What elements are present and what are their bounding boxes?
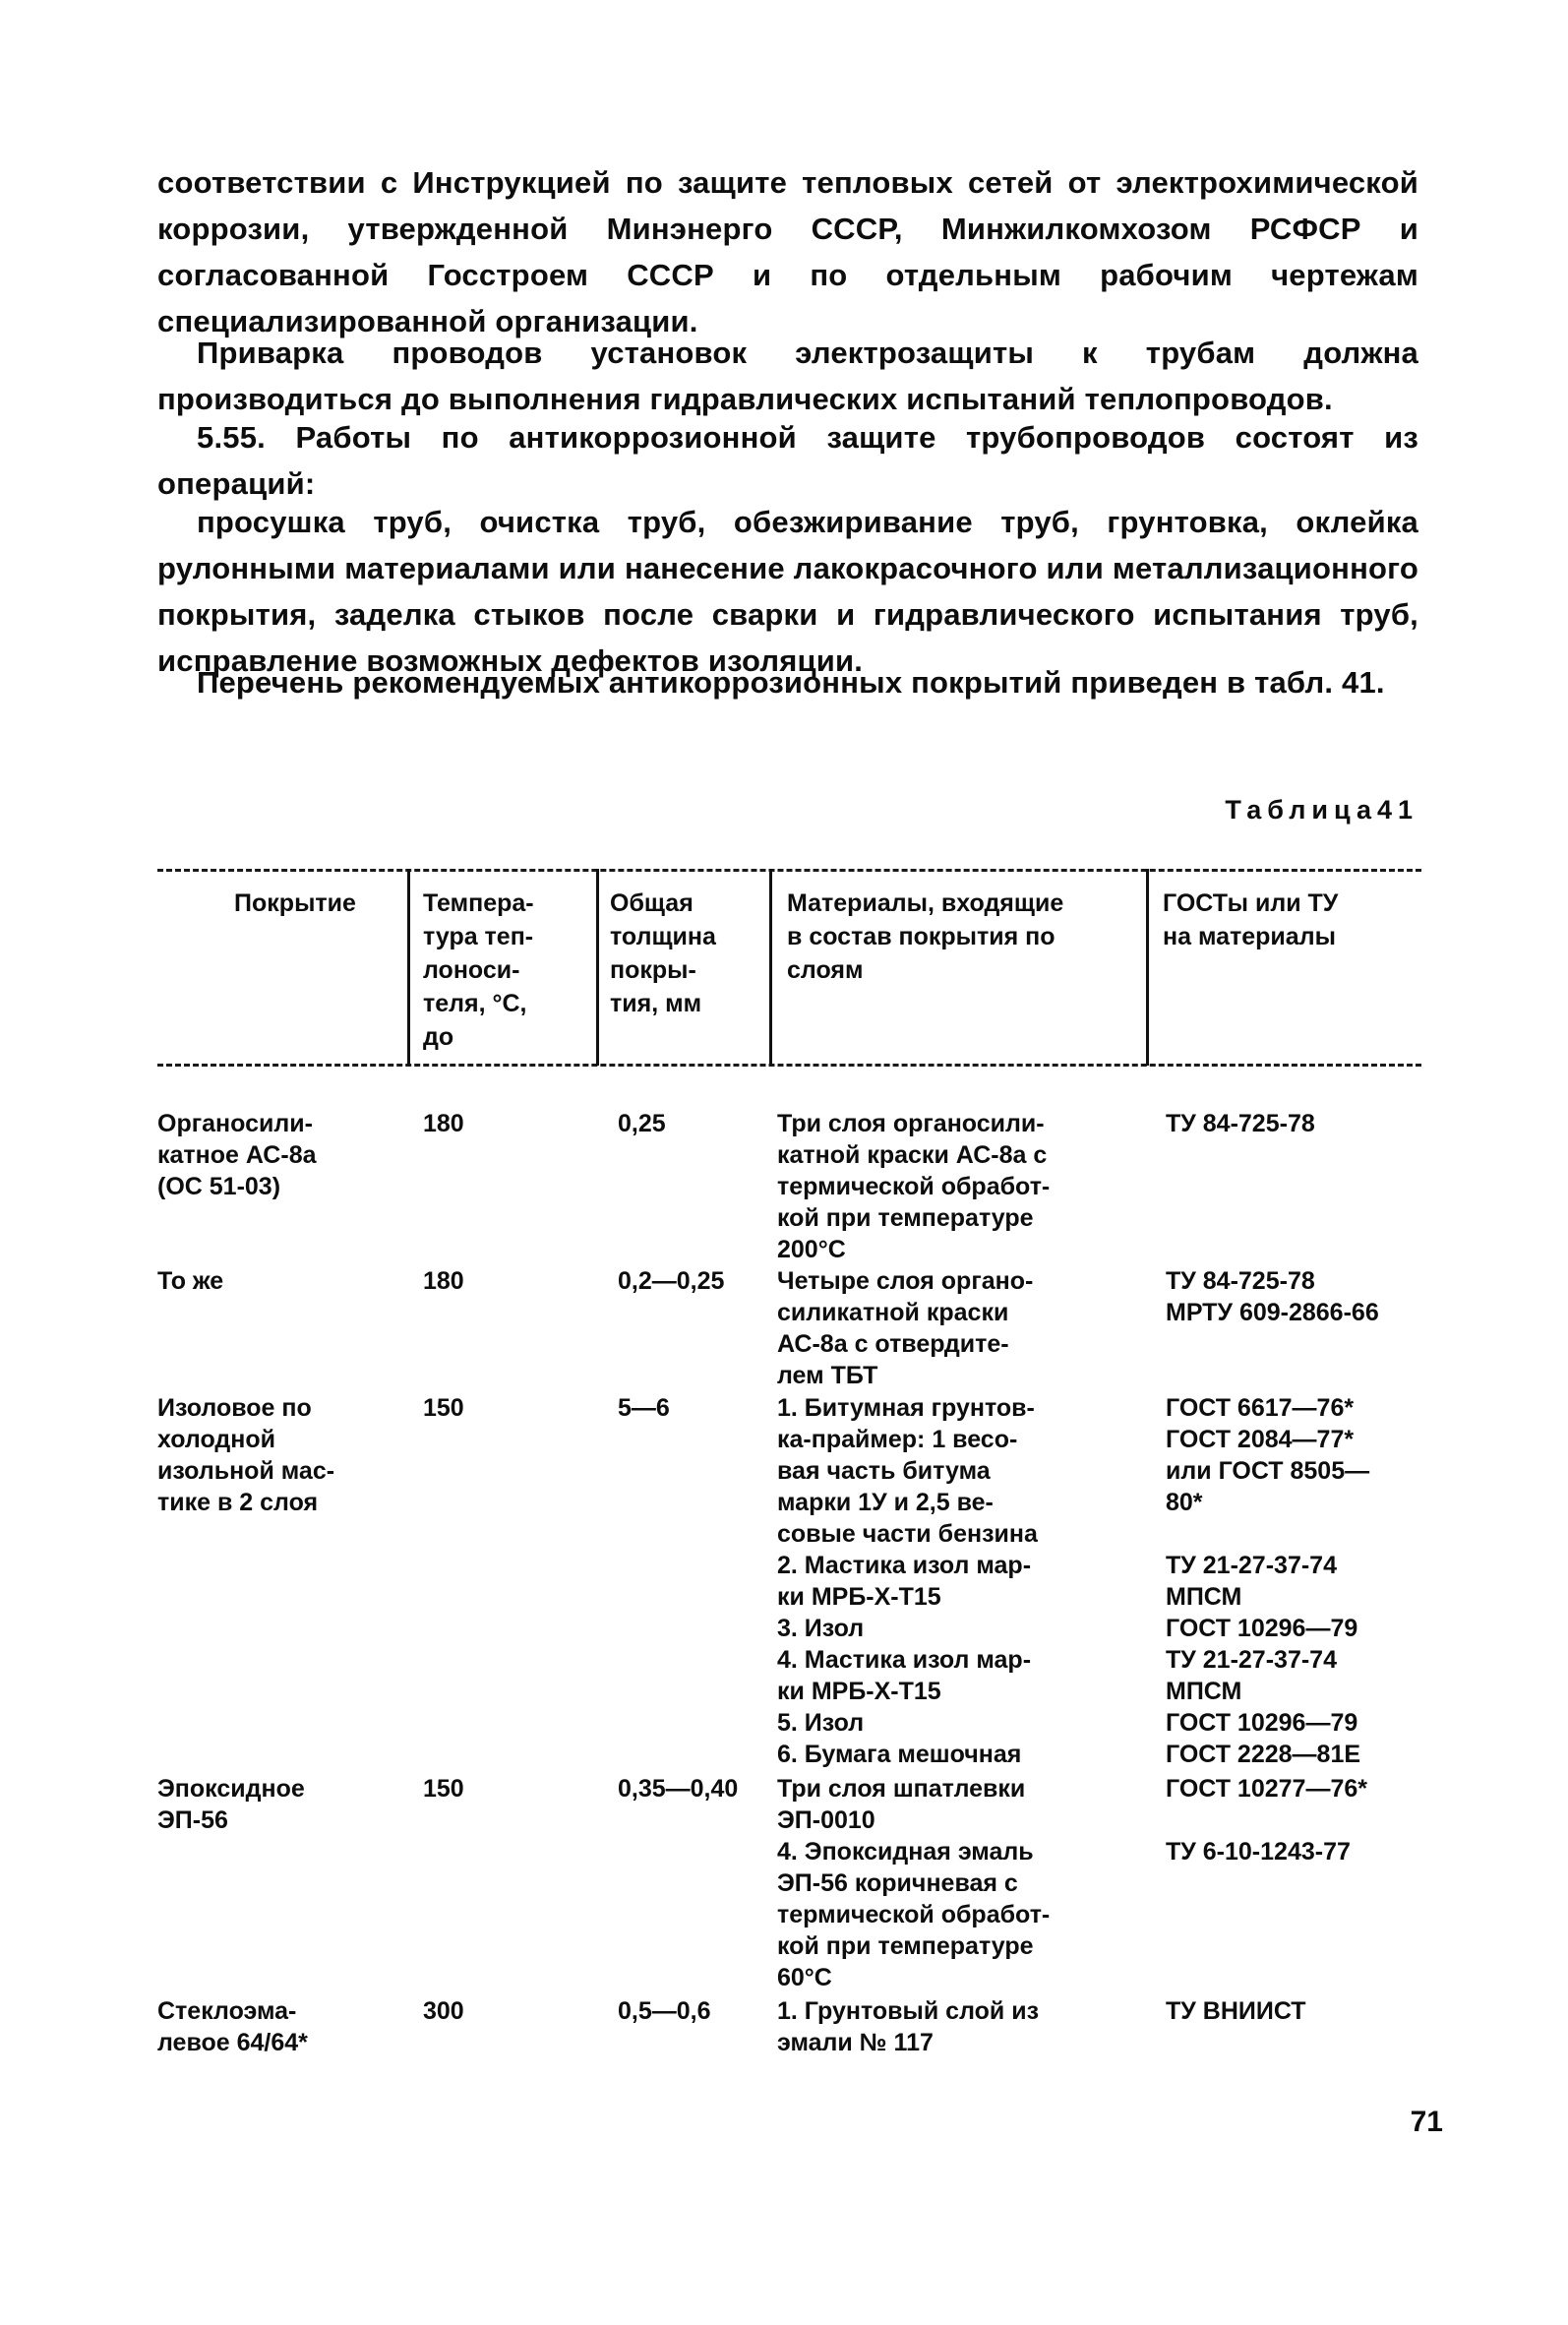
row4-coating: Эпоксидное ЭП-56 <box>157 1773 393 1836</box>
row4-temp: 150 <box>423 1773 521 1805</box>
row1-coating: Органосили- катное АС-8а (ОС 51-03) <box>157 1108 393 1202</box>
row4-materials: Три слоя шпатлевки ЭП-0010 4. Эпоксидная… <box>777 1773 1112 1993</box>
paragraph-section-5-55: 5.55. Работы по антикоррозионной защите … <box>157 414 1418 507</box>
row1-standards: ТУ 84-725-78 <box>1166 1108 1431 1139</box>
column-divider <box>769 869 772 1066</box>
header-bottom-rule <box>157 1064 1421 1067</box>
table-top-rule <box>157 869 1421 872</box>
row2-temp: 180 <box>423 1265 521 1297</box>
row1-temp: 180 <box>423 1108 521 1139</box>
row2-coating: То же <box>157 1265 393 1297</box>
header-materials-label: Материалы, входящие в состав покрытия по… <box>787 889 1063 984</box>
header-temperature-label: Темпера- тура теп- лоноси- теля, °С, до <box>423 889 534 1051</box>
row3-coating: Изоловое по холодной изольной мас- тике … <box>157 1392 393 1518</box>
row4-thickness: 0,35—0,40 <box>618 1773 775 1805</box>
column-divider <box>1146 869 1149 1066</box>
header-temperature: Темпера- тура теп- лоноси- теля, °С, до <box>423 887 590 1054</box>
header-thickness: Общая толщина покры- тия, мм <box>610 887 767 1020</box>
row2-standards: ТУ 84-725-78 МРТУ 609-2866-66 <box>1166 1265 1431 1328</box>
table-caption: Таблица41 <box>1225 795 1418 826</box>
header-standards-label: ГОСТы или ТУ на материалы <box>1163 889 1338 950</box>
header-standards: ГОСТы или ТУ на материалы <box>1163 887 1428 953</box>
paragraph-table-reference: Перечень рекомендуемых антикоррозионных … <box>157 659 1418 705</box>
row1-materials: Три слоя органосили- катной краски АС-8а… <box>777 1108 1112 1265</box>
row5-thickness: 0,5—0,6 <box>618 1995 775 2027</box>
header-thickness-label: Общая толщина покры- тия, мм <box>610 889 716 1017</box>
header-coating: Покрытие <box>157 887 413 920</box>
header-coating-label: Покрытие <box>234 889 356 917</box>
column-divider <box>596 869 599 1066</box>
row1-thickness: 0,25 <box>618 1108 775 1139</box>
row3-materials: 1. Битумная грунтов- ка-праймер: 1 весо-… <box>777 1392 1112 1770</box>
row3-standards: ГОСТ 6617—76* ГОСТ 2084—77* или ГОСТ 850… <box>1166 1392 1431 1770</box>
page-number: 71 <box>1411 2106 1443 2139</box>
row2-thickness: 0,2—0,25 <box>618 1265 775 1297</box>
row5-coating: Стеклоэма- левое 64/64* <box>157 1995 393 2058</box>
row3-thickness: 5—6 <box>618 1392 775 1424</box>
row5-standards: ТУ ВНИИСТ <box>1166 1995 1431 2027</box>
row5-materials: 1. Грунтовый слой из эмали № 117 <box>777 1995 1112 2058</box>
paragraph-continuation: соответствии с Инструкцией по защите теп… <box>157 159 1418 344</box>
row2-materials: Четыре слоя органо- силикатной краски АС… <box>777 1265 1112 1391</box>
row3-temp: 150 <box>423 1392 521 1424</box>
paragraph-operations-list: просушка труб, очистка труб, обезжириван… <box>157 499 1418 684</box>
row4-standards: ГОСТ 10277—76* ТУ 6-10-1243-77 <box>1166 1773 1431 1867</box>
document-page: соответствии с Инструкцией по защите теп… <box>0 0 1568 2325</box>
paragraph-welding: Приварка проводов установок электрозащит… <box>157 330 1418 422</box>
header-materials: Материалы, входящие в состав покрытия по… <box>787 887 1141 987</box>
row5-temp: 300 <box>423 1995 521 2027</box>
